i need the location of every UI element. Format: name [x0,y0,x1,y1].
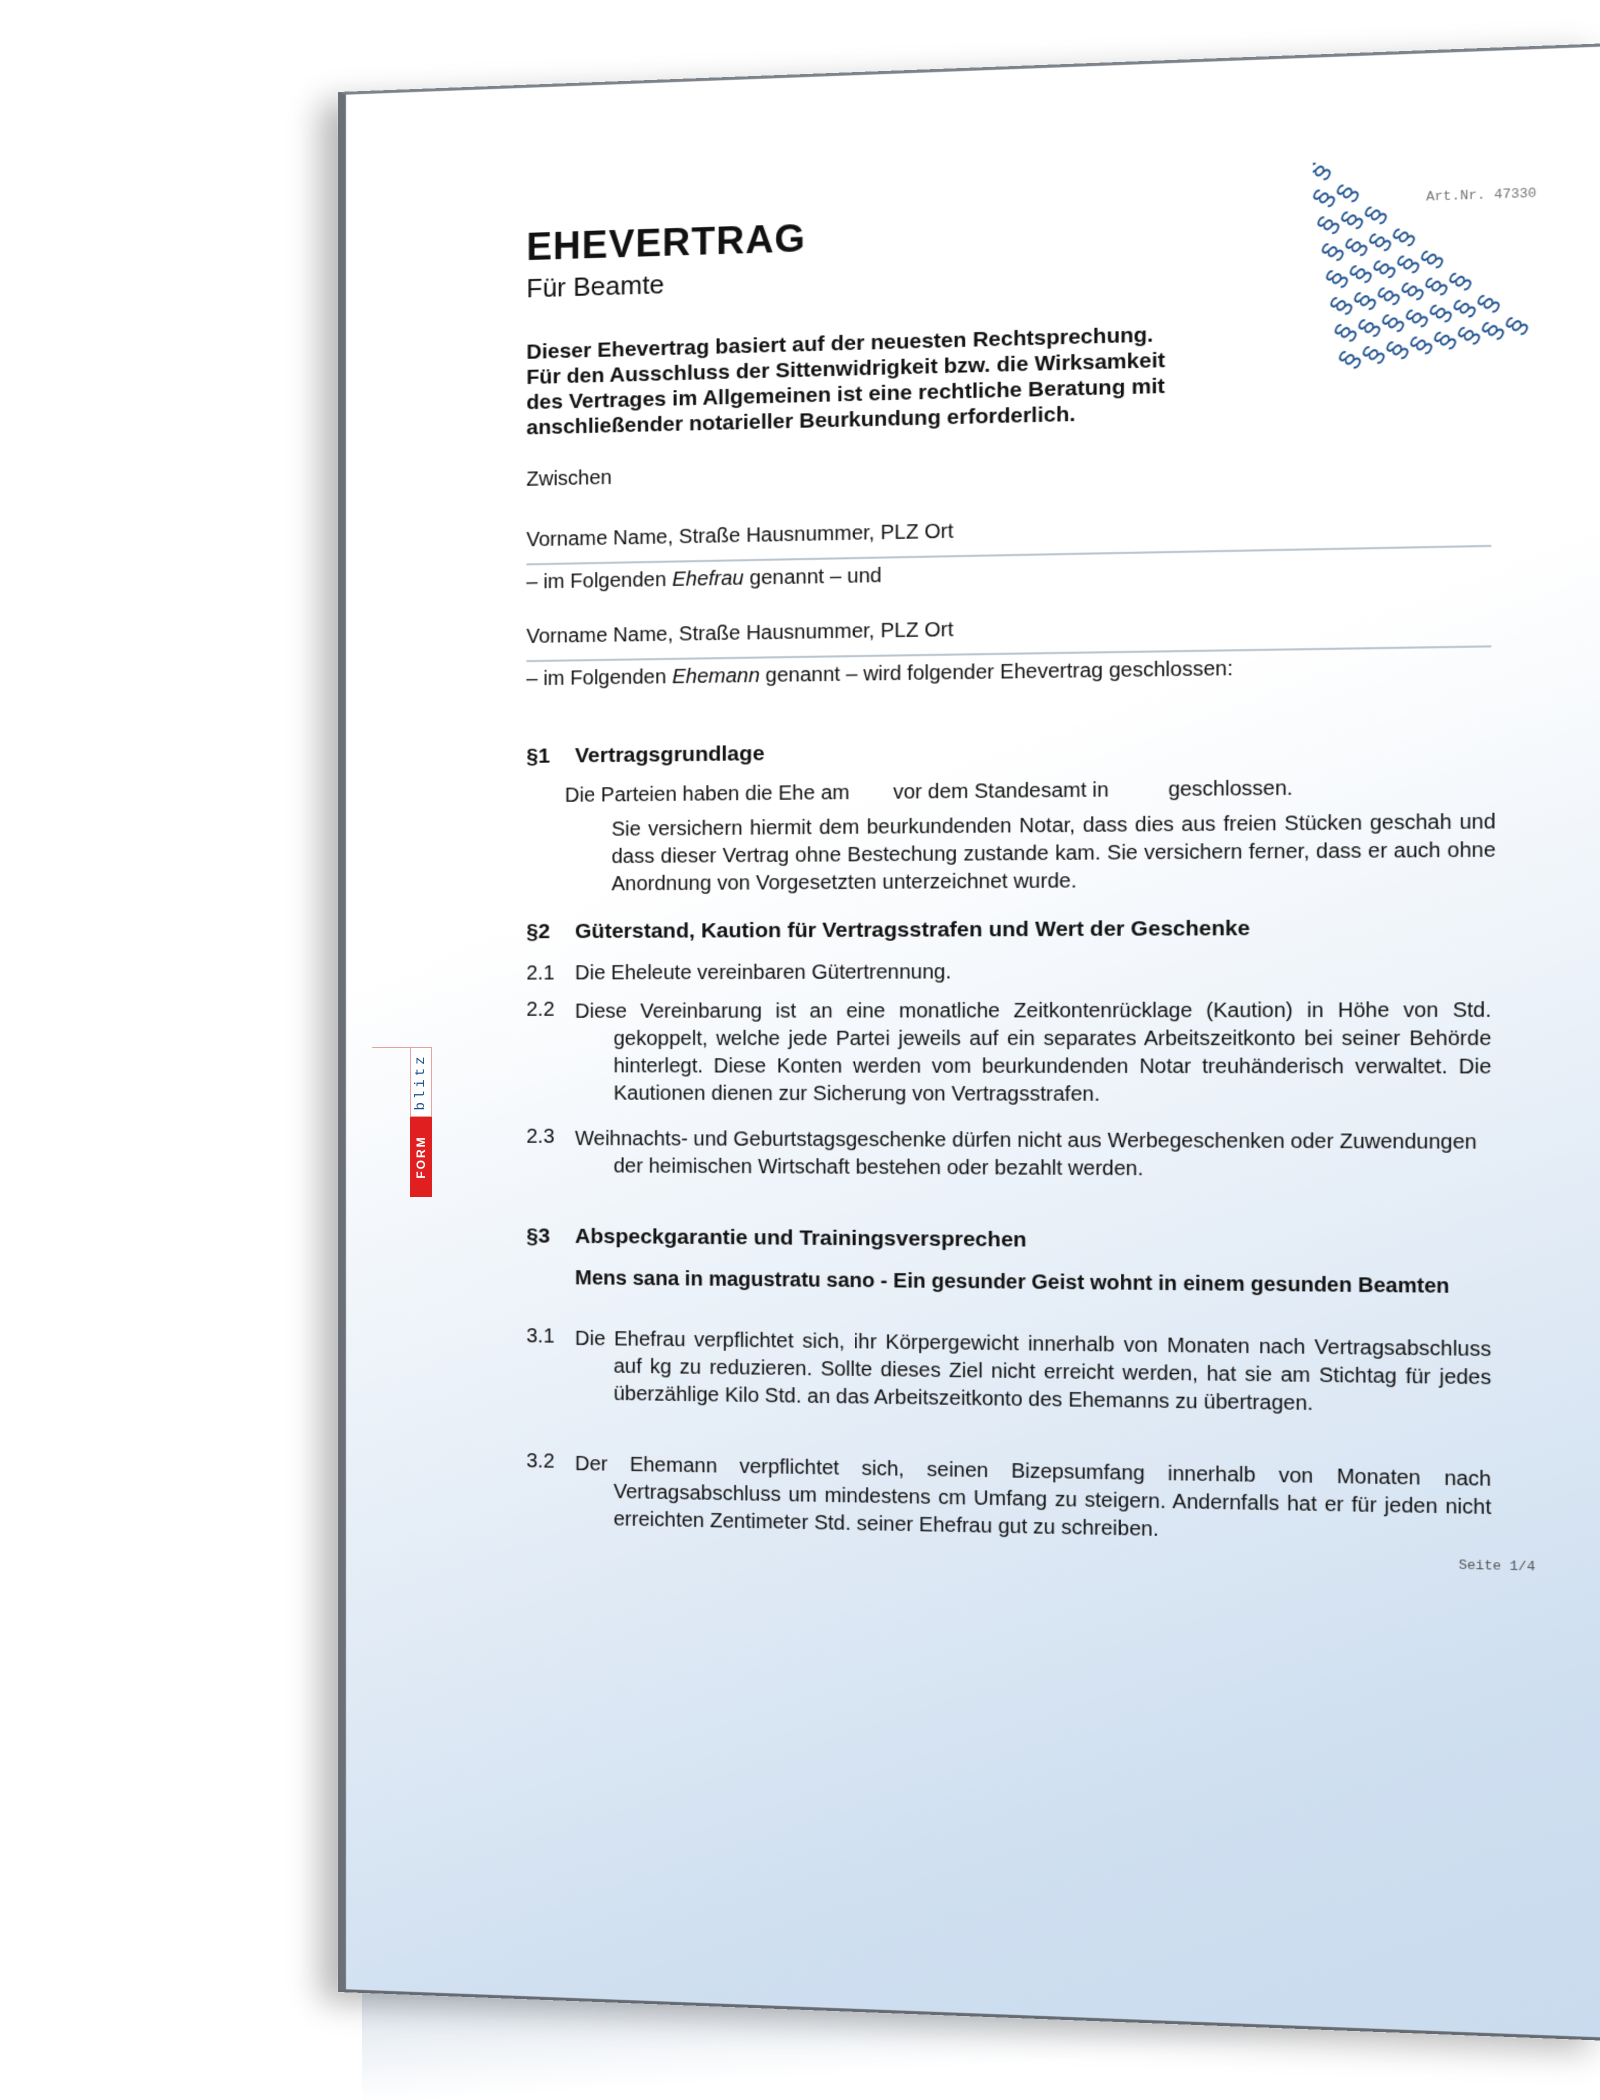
document-page: EHEVERTRAG Für Beamte Art.Nr. 47330 §§§§… [338,43,1600,2041]
marriage-date-label: Die Parteien haben die Ehe am [565,782,850,807]
section-3-number: §3 [526,1224,575,1249]
concluded-label: geschlossen. [1168,777,1293,801]
section-1-heading: §1Vertragsgrundlage [526,742,764,769]
party2-role-pre: – im Folgenden [526,666,672,690]
document-title: EHEVERTRAG [526,218,806,270]
logo-form-text: FORM [414,1135,428,1178]
registry-office-label: vor dem Standesamt in [893,779,1109,804]
party1-role: – im Folgenden Ehefrau genannt – und [526,565,881,595]
logo-form: FORM [410,1117,432,1197]
party1-role-name: Ehefrau [672,567,744,591]
section-3-heading: §3Abspeckgarantie und Trainingsversprech… [526,1224,1026,1252]
formblitz-logo: blitz FORM [410,1047,432,1197]
section-1-title: Vertragsgrundlage [575,742,765,767]
party2-role-name: Ehemann [672,665,760,689]
logo-blitz: blitz [410,1047,432,1117]
clause-2-3: 2.3 Weihnachts- und Geburtstagsgeschenke… [526,1126,1491,1129]
section-2-title: Güterstand, Kaution für Vertragsstrafen … [575,917,1250,944]
party1-role-post: genannt – und [744,565,882,590]
clause-text: Diese Vereinbarung ist an eine monatlich… [575,997,1491,1110]
party2-address-field[interactable]: Vorname Name, Straße Hausnummer, PLZ Ort [526,619,953,649]
clause-number: 2.2 [526,999,554,1022]
clause-number: 2.3 [526,1126,554,1149]
party1-address-field[interactable]: Vorname Name, Straße Hausnummer, PLZ Ort [526,520,953,552]
paragraph-watermark-icon: §§§§§§§§§§§§§§§§§§§§§§§§§§§§§§§§§§§§ [1313,153,1573,411]
document-preview: EHEVERTRAG Für Beamte Art.Nr. 47330 §§§§… [0,0,1600,2100]
clause-2-2: 2.2 Diese Vereinbarung ist an eine monat… [526,997,1491,999]
party2-role: – im Folgenden Ehemann genannt – wird fo… [526,658,1233,692]
between-label: Zwischen [526,467,612,492]
section-3-title: Abspeckgarantie und Trainingsversprechen [575,1225,1027,1252]
clause-text: Der Ehemann verpflichtet sich, seinen Bi… [575,1451,1491,1551]
document-subtitle: Für Beamte [526,269,664,304]
party1-role-pre: – im Folgenden [526,569,672,594]
section-1-paragraph: Sie versichern hiermit dem beurkundenden… [612,809,1496,899]
clause-3-1: 3.1 Die Ehefrau verpflichtet sich, ihr K… [526,1325,1491,1336]
clause-2-1: 2.1Die Eheleute vereinbaren Gütertrennun… [526,961,951,986]
section-2-heading: §2Güterstand, Kaution für Vertragsstrafe… [526,917,1250,945]
logo-blitz-text: blitz [413,1053,429,1110]
party2-role-post: genannt – wird folgender Ehevertrag gesc… [760,658,1233,687]
clause-number: 3.1 [526,1325,554,1349]
section-1-number: §1 [526,744,575,769]
section-3-motto: Mens sana in magustratu sano - Ein gesun… [575,1267,1449,1299]
clause-3-2: 3.2 Der Ehemann verpflichtet sich, seine… [526,1450,1491,1466]
clause-text: Weihnachts- und Geburtstagsgeschenke dür… [575,1126,1491,1186]
clause-number: 2.1 [526,962,575,985]
section-2-number: §2 [526,920,575,944]
intro-notice: Dieser Ehevertrag basiert auf der neuest… [526,322,1168,441]
clause-text: Die Eheleute vereinbaren Gütertrennung. [575,961,951,984]
section-1-line: Die Parteien haben die Ehe amvor dem Sta… [565,777,1293,808]
clause-number: 3.2 [526,1450,554,1474]
page-number: Seite 1/4 [1459,1557,1536,1574]
party2-underline [526,645,1491,662]
clause-text: Die Ehefrau verpflichtet sich, ihr Körpe… [575,1326,1491,1421]
svg-text:§: § [1313,158,1337,185]
